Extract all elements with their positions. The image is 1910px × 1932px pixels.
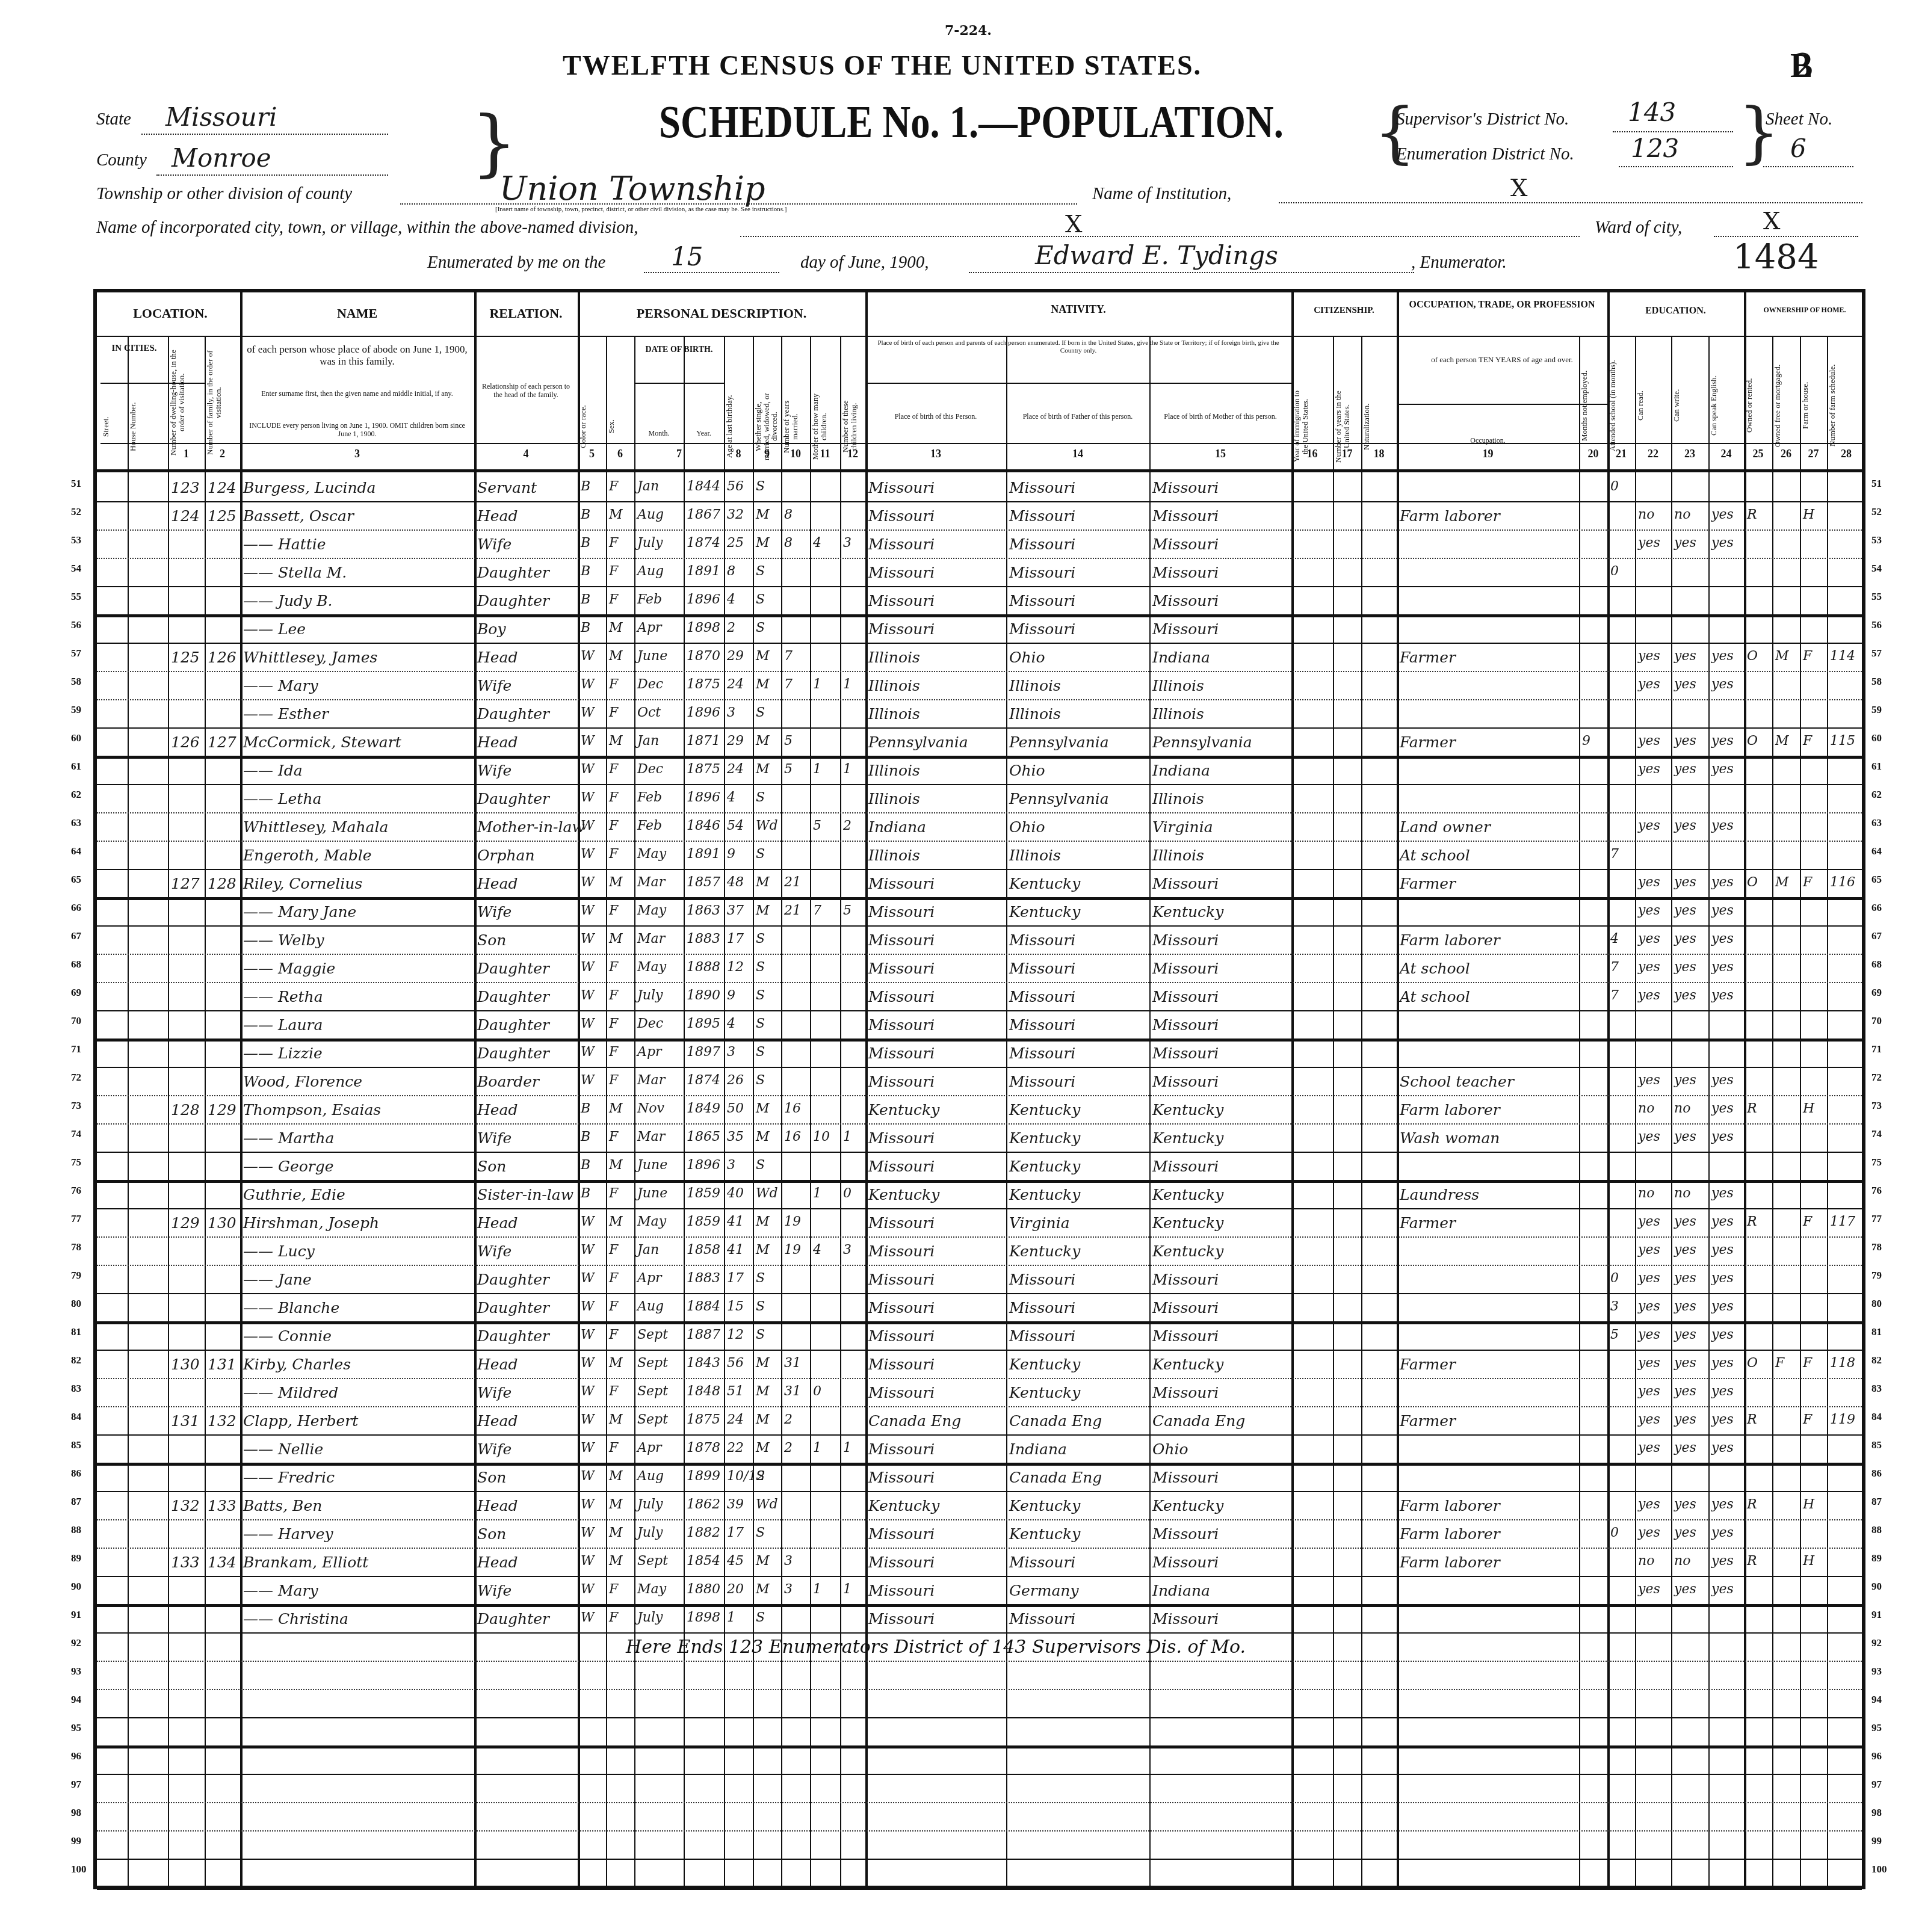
- cell-sex: F: [609, 1384, 618, 1399]
- cell-year: 1857: [687, 875, 720, 890]
- group-education: EDUCATION.: [1607, 306, 1744, 316]
- cell-color: W: [581, 1440, 595, 1455]
- group-relation: RELATION.: [474, 306, 578, 321]
- enumerated-prefix: Enumerated by me on the: [427, 253, 605, 273]
- column-number: 22: [1635, 448, 1671, 460]
- cell-color: B: [581, 479, 590, 494]
- cell-write: yes: [1674, 1525, 1696, 1540]
- cell-father-birth: Kentucky: [1009, 1384, 1080, 1401]
- cell-english: yes: [1711, 649, 1734, 664]
- table-row: 129130Hirshman, JosephHeadWMMay185941M19…: [97, 1214, 1862, 1242]
- cell-mother-of: 5: [813, 818, 821, 833]
- cell-occupation: Farm laborer: [1400, 507, 1500, 525]
- column-number-divider: [100, 443, 1865, 444]
- cell-mother-of: 1: [813, 677, 821, 692]
- cell-year: 1898: [687, 1610, 720, 1625]
- row-number: 73: [71, 1100, 81, 1112]
- column-label: Owned free or mortgaged.: [1773, 347, 1799, 464]
- cell-english: yes: [1711, 903, 1734, 918]
- cell-marital: M: [756, 1214, 770, 1229]
- table-row: 128129Thompson, EsaiasHeadBMNov184950M16…: [97, 1101, 1862, 1129]
- cell-month: Aug: [637, 1469, 664, 1484]
- cell-owned: O: [1747, 875, 1758, 890]
- sheet-letter-text: B: [1790, 48, 1813, 85]
- cell-yrs-married: 8: [784, 535, 793, 551]
- row-number: 99: [1871, 1835, 1882, 1847]
- cell-relation: Head: [477, 649, 518, 666]
- cell-father-birth: Missouri: [1009, 592, 1075, 610]
- row-rule: [97, 1745, 1862, 1748]
- cell-age: 35: [727, 1129, 744, 1144]
- cell-sex: F: [609, 479, 618, 494]
- cell-living: 1: [843, 1129, 851, 1144]
- cell-age: 50: [727, 1101, 744, 1116]
- cell-schedule: 116: [1830, 875, 1855, 890]
- cell-year: 1871: [687, 733, 720, 748]
- cell-age: 3: [727, 1158, 735, 1173]
- row-number: 77: [1871, 1213, 1882, 1225]
- cell-sex: F: [609, 1271, 618, 1286]
- cell-read: yes: [1638, 1412, 1660, 1427]
- row-number: 56: [71, 619, 81, 631]
- cell-age: 41: [727, 1214, 744, 1229]
- cell-month: Sept: [637, 1554, 668, 1569]
- cell-birth: Canada Eng: [868, 1412, 961, 1430]
- cell-father-birth: Ohio: [1009, 762, 1045, 779]
- cell-birth: Missouri: [868, 592, 935, 610]
- column-label: Attended school (in months).: [1609, 347, 1634, 464]
- cell-dwelling: 127: [171, 875, 200, 892]
- cell-write: yes: [1674, 1440, 1696, 1455]
- cell-family: 125: [208, 507, 236, 525]
- cell-read: yes: [1638, 1582, 1660, 1597]
- township-instruction: [Insert name of township, town, precinct…: [495, 206, 787, 213]
- cell-year: 1874: [687, 535, 720, 551]
- cell-occupation: Farm laborer: [1400, 1525, 1500, 1543]
- cell-schedule: 119: [1830, 1412, 1855, 1427]
- cell-birth: Illinois: [868, 762, 920, 779]
- cell-age: 17: [727, 931, 744, 946]
- cell-name: Hirshman, Joseph: [243, 1214, 379, 1232]
- row-number: 53: [71, 534, 81, 546]
- enumeration-value: 123: [1631, 134, 1679, 163]
- row-number: 94: [1871, 1694, 1882, 1706]
- cell-relation: Head: [477, 1101, 518, 1119]
- name-instruction-2: INCLUDE every person living on June 1, 1…: [244, 422, 471, 439]
- cell-color: W: [581, 762, 595, 777]
- cell-marital: S: [756, 790, 765, 805]
- cell-marital: S: [756, 620, 765, 635]
- cell-relation: Wife: [477, 762, 511, 779]
- cell-occupation: Farmer: [1400, 875, 1456, 892]
- row-number: 69: [71, 987, 81, 999]
- table-row: —— MaggieDaughterWFMay188812SMissouriMis…: [97, 960, 1862, 988]
- cell-month: Apr: [637, 1045, 662, 1060]
- group-in-cities: IN CITIES.: [100, 344, 168, 354]
- cell-color: W: [581, 1214, 595, 1229]
- table-row: —— WelbySonWMMar188317SMissouriMissouriM…: [97, 931, 1862, 960]
- cell-father-birth: Missouri: [1009, 1271, 1075, 1288]
- row-number: 58: [71, 676, 81, 688]
- row-number: 83: [1871, 1383, 1882, 1395]
- column-number: 9: [753, 448, 781, 460]
- cell-mother-birth: Missouri: [1152, 564, 1219, 581]
- cell-marital: M: [756, 1440, 770, 1455]
- sheet-letter: B: [1790, 47, 1813, 85]
- cell-age: 32: [727, 507, 744, 522]
- cell-year: 1874: [687, 1073, 720, 1088]
- cell-color: W: [581, 1384, 595, 1399]
- table-row: —— IdaWifeWFDec187524M511IllinoisOhioInd…: [97, 762, 1862, 790]
- cell-read: yes: [1638, 960, 1660, 975]
- cell-marital: Wd: [756, 1186, 778, 1201]
- cell-english: yes: [1711, 1582, 1734, 1597]
- cell-sex: M: [609, 1554, 623, 1569]
- cell-month: Jan: [637, 733, 659, 748]
- cell-relation: Wife: [477, 1129, 511, 1147]
- group-location: LOCATION.: [100, 306, 240, 321]
- cell-yrs-married: 5: [784, 762, 793, 777]
- cell-birth: Missouri: [868, 479, 935, 496]
- cell-color: B: [581, 1186, 590, 1201]
- cell-school: 4: [1610, 931, 1619, 946]
- cell-age: 3: [727, 1045, 735, 1060]
- row-number: 57: [1871, 647, 1882, 659]
- cell-mother-birth: Kentucky: [1152, 1497, 1223, 1514]
- cell-relation: Head: [477, 875, 518, 892]
- table-row: Engeroth, MableOrphanWFMay18919SIllinois…: [97, 847, 1862, 875]
- cell-write: yes: [1674, 677, 1696, 692]
- cell-name: —— Maggie: [243, 960, 335, 977]
- cell-year: 1859: [687, 1214, 720, 1229]
- cell-name: Wood, Florence: [243, 1073, 362, 1090]
- cell-color: B: [581, 620, 590, 635]
- cell-write: yes: [1674, 1271, 1696, 1286]
- cell-sex: F: [609, 818, 618, 833]
- column-label: Place of birth of this Person.: [868, 413, 1004, 421]
- name-description: of each person whose place of abode on J…: [244, 344, 471, 367]
- table-row: 124125Bassett, OscarHeadBMAug186732M8Mis…: [97, 507, 1862, 535]
- row-number: 79: [1871, 1270, 1882, 1282]
- cell-mother-birth: Missouri: [1152, 875, 1219, 892]
- cell-read: yes: [1638, 733, 1660, 748]
- cell-family: 124: [208, 479, 236, 496]
- cell-month: Dec: [637, 1016, 663, 1031]
- column-number: 12: [840, 448, 865, 460]
- cell-marital: Wd: [756, 1497, 778, 1512]
- cell-mother-birth: Kentucky: [1152, 1242, 1223, 1260]
- enumeration-field-line: [1619, 166, 1733, 167]
- cell-year: 1896: [687, 592, 720, 607]
- cell-father-birth: Canada Eng: [1009, 1412, 1102, 1430]
- row-number: 72: [1871, 1072, 1882, 1084]
- column-number: 28: [1827, 448, 1865, 460]
- cell-father-birth: Missouri: [1009, 507, 1075, 525]
- row-number: 98: [1871, 1807, 1882, 1819]
- cell-relation: Head: [477, 1554, 518, 1571]
- cell-father-birth: Kentucky: [1009, 1242, 1080, 1260]
- cell-family: 127: [208, 733, 236, 751]
- cell-yrs-married: 21: [784, 875, 801, 890]
- row-number: 93: [1871, 1665, 1882, 1677]
- table-row: 133134Brankam, ElliottHeadWMSept185445M3…: [97, 1554, 1862, 1582]
- row-number: 83: [71, 1383, 81, 1395]
- cell-color: W: [581, 1242, 595, 1258]
- cell-name: —— Mildred: [243, 1384, 338, 1401]
- cell-name: —— Mary: [243, 1582, 318, 1599]
- institution-field-line: [1279, 202, 1862, 203]
- cell-relation: Wife: [477, 903, 511, 921]
- cell-year: 1883: [687, 1271, 720, 1286]
- cell-father-birth: Kentucky: [1009, 1497, 1080, 1514]
- table-row: —— LauraDaughterWFDec18954SMissouriMisso…: [97, 1016, 1862, 1045]
- cell-relation: Daughter: [477, 564, 549, 581]
- row-number: 65: [1871, 874, 1882, 886]
- cell-occupation: At school: [1400, 847, 1470, 864]
- cell-year: 1862: [687, 1497, 720, 1512]
- supervisor-field-line: [1613, 131, 1733, 132]
- row-number: 70: [1871, 1015, 1882, 1027]
- cell-relation: Daughter: [477, 1299, 549, 1316]
- column-number: 23: [1671, 448, 1708, 460]
- cell-marital: M: [756, 535, 770, 551]
- cell-birth: Missouri: [868, 1610, 935, 1628]
- cell-family: 133: [208, 1497, 236, 1514]
- cell-father-birth: Missouri: [1009, 1554, 1075, 1571]
- cell-mother-birth: Illinois: [1152, 790, 1204, 807]
- cell-marital: M: [756, 903, 770, 918]
- cell-yrs-married: 21: [784, 903, 801, 918]
- column-label: Number of family, in the order of visita…: [206, 341, 239, 464]
- cell-mother-birth: Missouri: [1152, 620, 1219, 638]
- cell-month: May: [637, 1214, 666, 1229]
- cell-occupation: Land owner: [1400, 818, 1491, 836]
- day-field-line: [644, 272, 779, 273]
- table-row: —— LeeBoyBMApr18982SMissouriMissouriMiss…: [97, 620, 1862, 649]
- cell-marital: S: [756, 1299, 765, 1314]
- cell-father-birth: Missouri: [1009, 1327, 1075, 1345]
- county-field-line: [156, 174, 388, 176]
- cell-read: no: [1638, 507, 1654, 522]
- cell-birth: Missouri: [868, 1384, 935, 1401]
- cell-occupation: Wash woman: [1400, 1129, 1500, 1147]
- cell-name: —— Esther: [243, 705, 329, 723]
- table-row: Guthrie, EdieSister-in-lawBFJune185940Wd…: [97, 1186, 1862, 1214]
- cell-name: —— Hattie: [243, 535, 326, 553]
- cell-color: W: [581, 733, 595, 748]
- city-field-line: [740, 236, 1580, 237]
- township-label: Township or other division of county: [96, 184, 352, 204]
- cell-sex: F: [609, 677, 618, 692]
- cell-read: yes: [1638, 931, 1660, 946]
- date-of-birth-divider: [634, 383, 724, 384]
- cell-write: yes: [1674, 649, 1696, 664]
- row-number: 95: [71, 1722, 81, 1734]
- cell-year: 1859: [687, 1186, 720, 1201]
- enumerator-name: Edward E. Tydings: [1035, 241, 1278, 270]
- cell-owned: R: [1747, 1412, 1757, 1427]
- cell-father-birth: Missouri: [1009, 479, 1075, 496]
- row-number: 71: [71, 1043, 81, 1055]
- cell-name: Riley, Cornelius: [243, 875, 362, 892]
- cell-month: Jan: [637, 1242, 659, 1258]
- table-row: —— ConnieDaughterWFSept188712SMissouriMi…: [97, 1327, 1862, 1356]
- row-number: 98: [71, 1807, 81, 1819]
- table-row: —— Judy B.DaughterBFFeb18964SMissouriMis…: [97, 592, 1862, 620]
- cell-color: W: [581, 1497, 595, 1512]
- cell-mother-of: 0: [813, 1384, 821, 1399]
- cell-year: 1883: [687, 931, 720, 946]
- cell-birth: Illinois: [868, 705, 920, 723]
- row-rule: [97, 1661, 1862, 1662]
- row-number: 69: [1871, 987, 1882, 999]
- cell-relation: Daughter: [477, 1016, 549, 1034]
- city-label: Name of incorporated city, town, or vill…: [96, 218, 638, 238]
- table-row: —— LizzieDaughterWFApr18973SMissouriMiss…: [97, 1045, 1862, 1073]
- cell-color: W: [581, 1016, 595, 1031]
- cell-english: yes: [1711, 535, 1734, 551]
- cell-name: —— Connie: [243, 1327, 332, 1345]
- cell-month: Mar: [637, 1129, 665, 1144]
- cell-marital: M: [756, 733, 770, 748]
- cell-relation: Daughter: [477, 790, 549, 807]
- cell-birth: Missouri: [868, 535, 935, 553]
- cell-color: W: [581, 1299, 595, 1314]
- cell-name: Whittlesey, James: [243, 649, 377, 666]
- cell-school: 0: [1610, 564, 1619, 579]
- cell-yrs-married: 7: [784, 677, 793, 692]
- cell-color: W: [581, 1073, 595, 1088]
- cell-birth: Missouri: [868, 507, 935, 525]
- cell-write: yes: [1674, 1214, 1696, 1229]
- cell-age: 12: [727, 960, 744, 975]
- group-name: NAME: [240, 306, 474, 321]
- row-number: 78: [1871, 1241, 1882, 1253]
- cell-month: Aug: [637, 1299, 664, 1314]
- cell-sex: F: [609, 1440, 618, 1455]
- cell-sex: M: [609, 507, 623, 522]
- cell-age: 4: [727, 592, 735, 607]
- cell-year: 1878: [687, 1440, 720, 1455]
- cell-age: 20: [727, 1582, 744, 1597]
- cell-marital: S: [756, 1610, 765, 1625]
- cell-month: Sept: [637, 1384, 668, 1399]
- row-number: 66: [71, 902, 81, 914]
- cell-month: Feb: [637, 592, 662, 607]
- cell-relation: Daughter: [477, 1327, 549, 1345]
- table-row: 125126Whittlesey, JamesHeadWMJune187029M…: [97, 649, 1862, 677]
- cell-birth: Missouri: [868, 1073, 935, 1090]
- cell-month: Feb: [637, 818, 662, 833]
- cell-english: yes: [1711, 1271, 1734, 1286]
- group-personal-description: PERSONAL DESCRIPTION.: [578, 306, 865, 321]
- cell-year: 1863: [687, 903, 720, 918]
- row-number: 87: [1871, 1496, 1882, 1508]
- cell-father-birth: Kentucky: [1009, 1356, 1080, 1373]
- cell-birth: Missouri: [868, 1582, 935, 1599]
- cell-occupation: At school: [1400, 988, 1470, 1005]
- citizenship-divider: [1291, 336, 1397, 337]
- cell-farm: F: [1803, 733, 1812, 748]
- cell-marital: S: [756, 1469, 765, 1484]
- cell-birth: Missouri: [868, 1214, 935, 1232]
- cell-birth: Illinois: [868, 847, 920, 864]
- cell-age: 4: [727, 1016, 735, 1031]
- cell-color: W: [581, 1469, 595, 1484]
- cell-mortgage: M: [1775, 649, 1789, 664]
- table-row: 127128Riley, CorneliusHeadWMMar185748M21…: [97, 875, 1862, 903]
- cell-write: yes: [1674, 733, 1696, 748]
- cell-name: —— Blanche: [243, 1299, 339, 1316]
- cell-age: 24: [727, 762, 744, 777]
- row-number: 67: [1871, 930, 1882, 942]
- cell-name: Guthrie, Edie: [243, 1186, 345, 1203]
- cell-sex: F: [609, 1582, 618, 1597]
- cell-month: June: [637, 649, 667, 664]
- row-number: 64: [71, 845, 81, 857]
- column-label: Months not employed.: [1580, 347, 1606, 464]
- row-number: 78: [71, 1241, 81, 1253]
- row-number: 85: [1871, 1439, 1882, 1451]
- cell-english: yes: [1711, 1214, 1734, 1229]
- cell-month: July: [637, 535, 663, 551]
- row-number: 92: [1871, 1637, 1882, 1649]
- cell-age: 56: [727, 1356, 744, 1371]
- cell-father-birth: Kentucky: [1009, 875, 1080, 892]
- cell-sex: F: [609, 903, 618, 918]
- column-label: Place of birth of Mother of this person.: [1152, 413, 1289, 421]
- cell-write: yes: [1674, 1129, 1696, 1144]
- row-number: 63: [71, 817, 81, 829]
- cell-marital: S: [756, 1525, 765, 1540]
- cell-color: W: [581, 1356, 595, 1371]
- cell-write: no: [1674, 507, 1690, 522]
- cell-school: 0: [1610, 1271, 1619, 1286]
- cell-dwelling: 125: [171, 649, 200, 666]
- cell-living: 1: [843, 1582, 851, 1597]
- row-number: 67: [71, 930, 81, 942]
- cell-write: yes: [1674, 931, 1696, 946]
- row-number: 73: [1871, 1100, 1882, 1112]
- cell-father-birth: Missouri: [1009, 1016, 1075, 1034]
- cell-english: yes: [1711, 1554, 1734, 1569]
- cell-father-birth: Kentucky: [1009, 1525, 1080, 1543]
- cell-sex: F: [609, 705, 618, 720]
- cell-color: W: [581, 1525, 595, 1540]
- cell-month: June: [637, 1158, 667, 1173]
- cell-age: 40: [727, 1186, 744, 1201]
- row-number: 85: [71, 1439, 81, 1451]
- cell-living: 3: [843, 535, 851, 551]
- cell-marital: S: [756, 1073, 765, 1088]
- row-number: 84: [1871, 1411, 1882, 1423]
- cell-age: 9: [727, 988, 735, 1003]
- cell-father-birth: Kentucky: [1009, 1158, 1080, 1175]
- cell-color: B: [581, 1129, 590, 1144]
- cell-living: 5: [843, 903, 851, 918]
- table-row: —— JaneDaughterWFApr188317SMissouriMisso…: [97, 1271, 1862, 1299]
- cell-living: 3: [843, 1242, 851, 1258]
- cell-name: Engeroth, Mable: [243, 847, 372, 864]
- column-number: 3: [240, 448, 474, 460]
- cell-write: yes: [1674, 1412, 1696, 1427]
- cell-english: yes: [1711, 875, 1734, 890]
- sheet-field-line: [1763, 166, 1853, 167]
- cell-name: —— Fredric: [243, 1469, 335, 1486]
- cell-mother-birth: Missouri: [1152, 1158, 1219, 1175]
- cell-mother-birth: Ohio: [1152, 1440, 1188, 1458]
- cell-mother-birth: Indiana: [1152, 649, 1210, 666]
